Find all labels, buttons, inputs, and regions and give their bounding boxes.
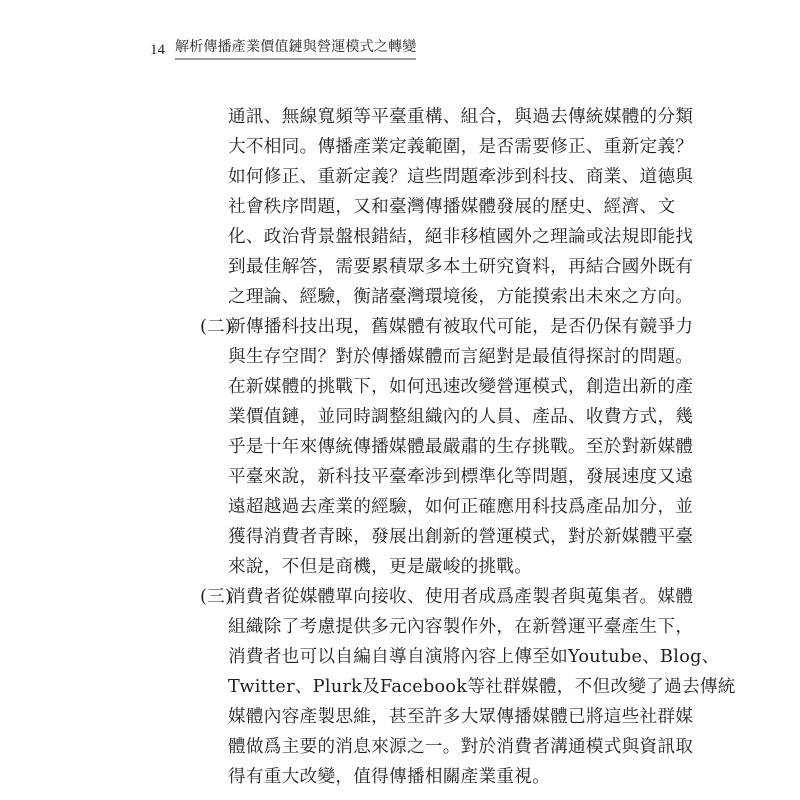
text-line: 之理論、經驗，衡諸臺灣環境後，方能摸索出未來之方向。 [228,287,693,307]
text-line: 組織除了考慮提供多元內容製作外，在新營運平臺產生下， [228,617,693,637]
text-line: 新傳播科技出現，舊媒體有被取代可能，是否仍保有競爭力 [228,317,693,337]
page-header: 14 解析傳播產業價值鏈與營運模式之轉變 [150,38,416,60]
text-line: 與生存空間？對於傳播媒體而言絕對是最值得探討的問題。 [228,347,693,367]
text-line: 化、政治背景盤根錯結，絕非移植國外之理論或法規即能找 [228,227,693,247]
text-line: 平臺來說，新科技平臺牽涉到標準化等問題，發展速度又遠 [228,467,693,487]
text-line: 到最佳解答，需要累積眾多本土研究資料，再結合國外既有 [228,257,693,277]
text-line: 體做爲主要的消息來源之一。對於消費者溝通模式與資訊取 [228,737,693,757]
text-line: 大不相同。傳播產業定義範圍，是否需要修正、重新定義？ [228,137,693,157]
text-line: 獲得消費者青睞，發展出創新的營運模式，對於新媒體平臺 [228,527,693,547]
text-line: 遠超越過去產業的經驗，如何正確應用科技爲產品加分，並 [228,497,693,517]
text-line: Twitter、Plurk及Facebook等社群媒體，不但改變了過去傳統 [228,677,736,697]
text-line: 社會秩序問題，又和臺灣傳播媒體發展的歷史、經濟、文 [228,197,675,217]
text-line: 在新媒體的挑戰下，如何迅速改變營運模式，創造出新的產 [228,377,693,397]
text-line: 得有重大改變，值得傳播相關產業重視。 [228,767,550,787]
text-line: 乎是十年來傳統傳播媒體最嚴肅的生存挑戰。至於對新媒體 [228,437,693,457]
text-line: 業價值鏈，並同時調整組織內的人員、產品、收費方式，幾 [228,407,693,427]
text-line: 如何修正、重新定義？這些問題牽涉到科技、商業、道德與 [228,167,693,187]
text-line: 通訊、無線寬頻等平臺重構、組合，與過去傳統媒體的分類 [228,107,693,127]
text-line: 消費者也可以自編自導自演將內容上傳至如Youtube、Blog、 [228,647,720,667]
text-line: 消費者從媒體單向接收、使用者成爲產製者與蒐集者。媒體 [228,587,693,607]
running-title: 解析傳播產業價值鏈與營運模式之轉變 [175,37,416,60]
text-line: 媒體內容產製思維，甚至許多大眾傳播媒體已將這些社群媒 [228,707,693,727]
text-line: 來說，不但是商機，更是嚴峻的挑戰。 [228,557,532,577]
page-number: 14 [150,40,165,60]
